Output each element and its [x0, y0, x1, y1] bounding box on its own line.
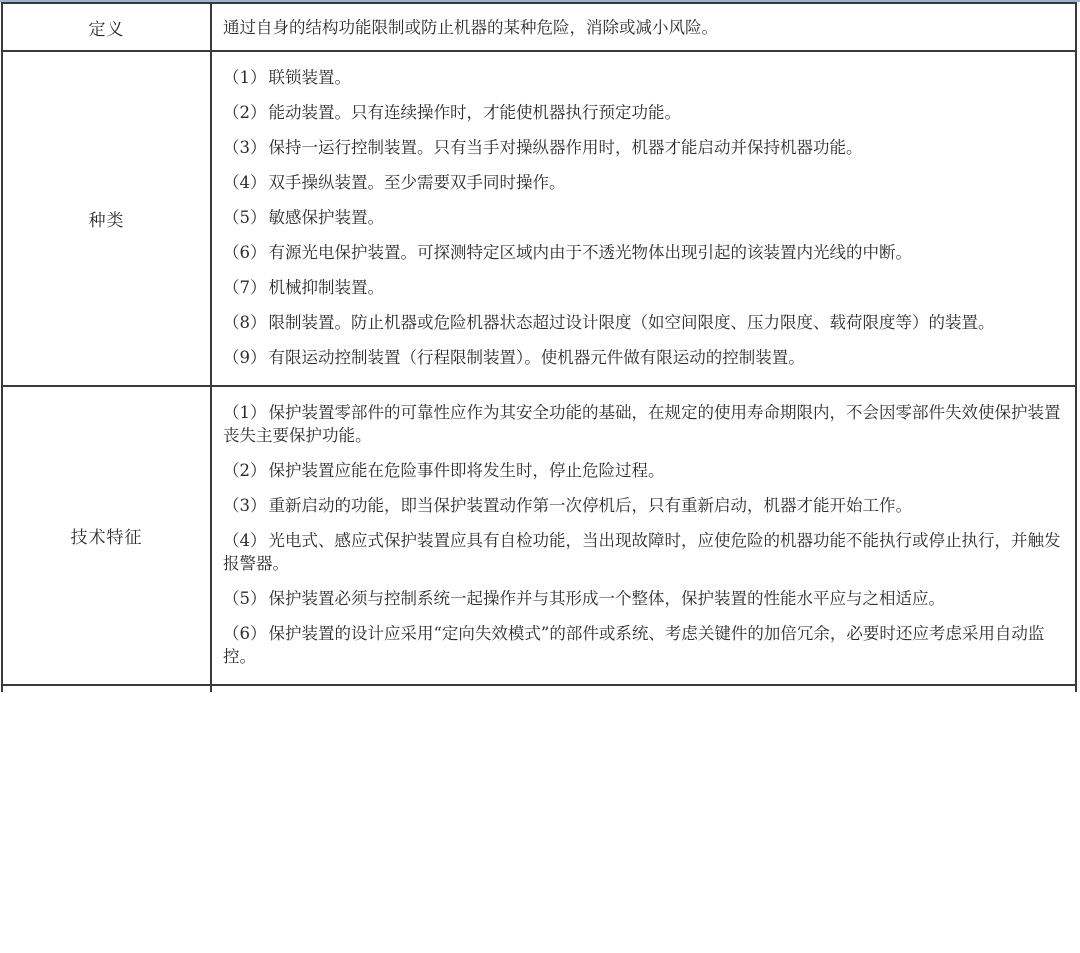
definition-cell: 通过自身的结构功能限制或防止机器的某种危险，消除或减小风险。 — [211, 3, 1076, 51]
row-label-types: 种类 — [2, 51, 211, 386]
item-number: （2） — [223, 461, 267, 480]
continuation-content-cell — [211, 685, 1076, 692]
item-number: （3） — [223, 496, 267, 515]
technical-features-cell: （1）保护装置零部件的可靠性应作为其安全功能的基础，在规定的使用寿命期限内，不会… — [211, 386, 1076, 685]
item-number: （1） — [223, 403, 267, 422]
list-item: （6）保护装置的设计应采用“定向失效模式”的部件或系统、考虑关键件的加倍冗余，必… — [223, 622, 1061, 668]
list-item: （2）能动装置。只有连续操作时，才能使机器执行预定功能。 — [223, 101, 1061, 124]
continuation-label-cell — [2, 685, 211, 692]
item-text: 重新启动的功能，即当保护装置动作第一次停机后，只有重新启动，机器才能开始工作。 — [269, 496, 913, 515]
list-item: （5）保护装置必须与控制系统一起操作并与其形成一个整体，保护装置的性能水平应与之… — [223, 587, 1061, 610]
item-number: （5） — [223, 589, 267, 608]
table-row-continuation — [2, 685, 1076, 692]
list-item: （4）双手操纵装置。至少需要双手同时操作。 — [223, 171, 1061, 194]
item-text: 保护装置必须与控制系统一起操作并与其形成一个整体，保护装置的性能水平应与之相适应… — [269, 589, 946, 608]
table-row-definition: 定义 通过自身的结构功能限制或防止机器的某种危险，消除或减小风险。 — [2, 3, 1076, 51]
item-text: 有限运动控制装置（行程限制装置）。使机器元件做有限运动的控制装置。 — [269, 348, 805, 367]
row-label-technical-features: 技术特征 — [2, 386, 211, 685]
item-number: （3） — [223, 138, 267, 157]
protective-device-table: 定义 通过自身的结构功能限制或防止机器的某种危险，消除或减小风险。 种类 （1）… — [1, 2, 1077, 692]
row-label-definition: 定义 — [2, 3, 211, 51]
item-text: 机械抑制装置。 — [269, 278, 385, 297]
item-number: （7） — [223, 278, 267, 297]
item-number: （6） — [223, 243, 267, 262]
item-number: （4） — [223, 173, 267, 192]
item-number: （6） — [223, 624, 267, 643]
item-number: （9） — [223, 348, 267, 367]
list-item: （3）重新启动的功能，即当保护装置动作第一次停机后，只有重新启动，机器才能开始工… — [223, 494, 1061, 517]
item-text: 保持一运行控制装置。只有当手对操纵器作用时，机器才能启动并保持机器功能。 — [269, 138, 863, 157]
list-item: （7）机械抑制装置。 — [223, 276, 1061, 299]
definition-text: 通过自身的结构功能限制或防止机器的某种危险，消除或减小风险。 — [223, 18, 718, 37]
list-item: （4）光电式、感应式保护装置应具有自检功能，当出现故障时，应使危险的机器功能不能… — [223, 529, 1061, 575]
item-number: （8） — [223, 313, 267, 332]
table-row-technical-features: 技术特征 （1）保护装置零部件的可靠性应作为其安全功能的基础，在规定的使用寿命期… — [2, 386, 1076, 685]
item-number: （1） — [223, 68, 267, 87]
item-number: （2） — [223, 103, 267, 122]
list-item: （3）保持一运行控制装置。只有当手对操纵器作用时，机器才能启动并保持机器功能。 — [223, 136, 1061, 159]
item-text: 有源光电保护装置。可探测特定区域内由于不透光物体出现引起的该装置内光线的中断。 — [269, 243, 913, 262]
item-text: 光电式、感应式保护装置应具有自检功能，当出现故障时，应使危险的机器功能不能执行或… — [223, 531, 1061, 573]
list-item: （6）有源光电保护装置。可探测特定区域内由于不透光物体出现引起的该装置内光线的中… — [223, 241, 1061, 264]
item-text: 保护装置的设计应采用“定向失效模式”的部件或系统、考虑关键件的加倍冗余，必要时还… — [223, 624, 1044, 666]
list-item: （1）联锁装置。 — [223, 66, 1061, 89]
item-text: 双手操纵装置。至少需要双手同时操作。 — [269, 173, 566, 192]
item-text: 敏感保护装置。 — [269, 208, 385, 227]
types-cell: （1）联锁装置。 （2）能动装置。只有连续操作时，才能使机器执行预定功能。 （3… — [211, 51, 1076, 386]
item-text: 保护装置零部件的可靠性应作为其安全功能的基础，在规定的使用寿命期限内，不会因零部… — [223, 403, 1061, 445]
item-text: 联锁装置。 — [269, 68, 352, 87]
item-text: 限制装置。防止机器或危险机器状态超过设计限度（如空间限度、压力限度、载荷限度等）… — [269, 313, 995, 332]
list-item: （2）保护装置应能在危险事件即将发生时，停止危险过程。 — [223, 459, 1061, 482]
item-text: 能动装置。只有连续操作时，才能使机器执行预定功能。 — [269, 103, 682, 122]
list-item: （9）有限运动控制装置（行程限制装置）。使机器元件做有限运动的控制装置。 — [223, 346, 1061, 369]
table-row-types: 种类 （1）联锁装置。 （2）能动装置。只有连续操作时，才能使机器执行预定功能。… — [2, 51, 1076, 386]
item-text: 保护装置应能在危险事件即将发生时，停止危险过程。 — [269, 461, 665, 480]
item-number: （5） — [223, 208, 267, 227]
list-item: （8）限制装置。防止机器或危险机器状态超过设计限度（如空间限度、压力限度、载荷限… — [223, 311, 1061, 334]
list-item: （1）保护装置零部件的可靠性应作为其安全功能的基础，在规定的使用寿命期限内，不会… — [223, 401, 1061, 447]
item-number: （4） — [223, 531, 267, 550]
list-item: （5）敏感保护装置。 — [223, 206, 1061, 229]
